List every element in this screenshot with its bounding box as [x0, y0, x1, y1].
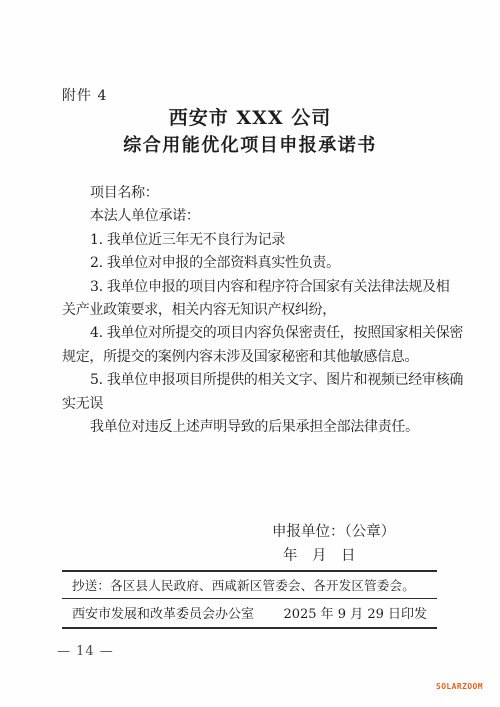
footer-print-date: 2025 年 9 月 29 日印发	[283, 603, 427, 622]
body-line-item5-b: 实无误	[62, 393, 462, 416]
signature-unit-seal-line: 申报单位：（公章）	[272, 520, 437, 544]
watermark-solarzoom: SOLARZOOM	[436, 682, 483, 691]
body-line-project-name: 项目名称：	[62, 182, 462, 205]
footer-table: 抄送：各区县人民政府、西咸新区管委会、各开发区管委会。 西安市发展和改革委员会办…	[62, 570, 437, 629]
body-line-liability: 我单位对违反上述声明导致的后果承担全部法律责任。	[62, 416, 462, 439]
body-line-item4-a: 4. 我单位对所提交的项目内容负保密责任，按照国家相关保密	[62, 322, 462, 345]
attachment-label: 附件 4	[62, 85, 107, 105]
body-line-item3-a: 3. 我单位申报的项目内容和程序符合国家有关法律法规及相	[62, 276, 462, 299]
body-line-item3-b: 关产业政策要求，相关内容无知识产权纠纷，	[62, 299, 462, 322]
footer-issuer-office: 西安市发展和改革委员会办公室	[72, 603, 254, 622]
page-number: — 14 —	[57, 644, 114, 659]
signature-block: 申报单位：（公章） 年 月 日	[62, 520, 437, 568]
body-line-promise-intro: 本法人单位承诺：	[62, 205, 462, 228]
signature-date-line: 年 月 日	[283, 544, 437, 568]
title-subject-line: 综合用能优化项目申报承诺书	[0, 132, 500, 160]
body-line-item2: 2. 我单位对申报的全部资料真实性负责。	[62, 252, 462, 275]
document-title: 西安市 XXX 公司 综合用能优化项目申报承诺书	[0, 105, 500, 160]
footer-issuer-row: 西安市发展和改革委员会办公室 2025 年 9 月 29 日印发	[62, 598, 437, 629]
commitment-body: 项目名称： 本法人单位承诺： 1. 我单位近三年无不良行为记录 2. 我单位对申…	[62, 182, 462, 439]
body-line-item4-b: 规定，所提交的案例内容未涉及国家秘密和其他敏感信息。	[62, 346, 462, 369]
document-page: 附件 4 西安市 XXX 公司 综合用能优化项目申报承诺书 项目名称： 本法人单…	[0, 0, 500, 707]
title-company-line: 西安市 XXX 公司	[0, 105, 500, 132]
body-line-item5-a: 5. 我单位申报项目所提供的相关文字、图片和视频已经审核确	[62, 369, 462, 392]
body-line-item1: 1. 我单位近三年无不良行为记录	[62, 229, 462, 252]
footer-cc-line: 抄送：各区县人民政府、西咸新区管委会、各开发区管委会。	[62, 570, 437, 598]
